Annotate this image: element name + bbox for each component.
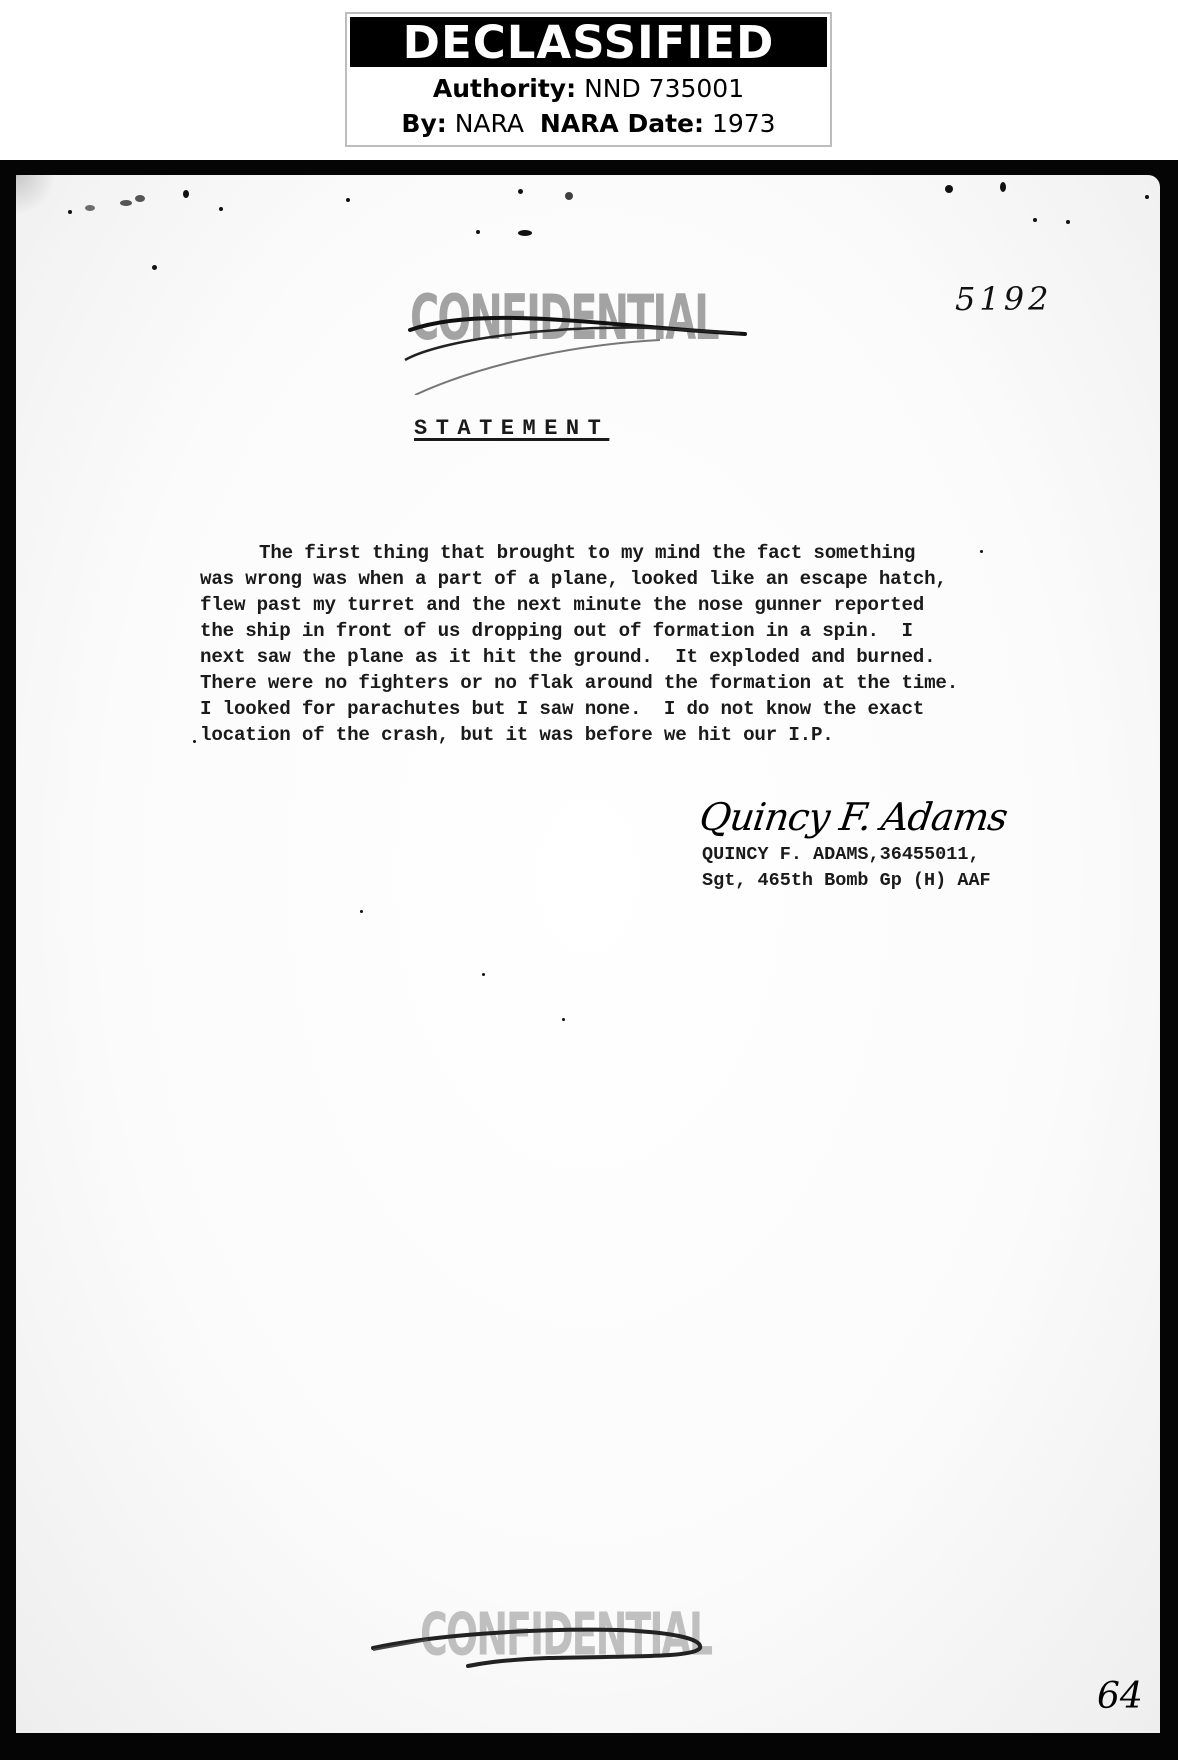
paragraph-line: location of the crash, but it was before… — [200, 722, 1020, 748]
strike-through-top — [400, 300, 760, 395]
strike-through-bottom — [368, 1618, 708, 1678]
signer-name-line: QUINCY F. ADAMS,36455011, — [702, 842, 991, 868]
date-value: 1973 — [712, 109, 776, 138]
handwritten-number: 5192 — [955, 280, 1052, 318]
document-page — [16, 175, 1160, 1733]
by-label: By: — [401, 109, 446, 138]
signature-block: QUINCY F. ADAMS,36455011, Sgt, 465th Bom… — [702, 842, 991, 894]
paragraph-line: was wrong was when a part of a plane, lo… — [200, 566, 1020, 592]
paragraph-line: the ship in front of us dropping out of … — [200, 618, 1020, 644]
declassified-title: DECLASSIFIED — [350, 17, 827, 67]
by-date-line: By: NARA NARA Date: 1973 — [347, 109, 830, 138]
paragraph-line: There were no fighters or no flak around… — [200, 670, 1020, 696]
handwritten-signature: Quincy F. Adams — [697, 795, 1010, 839]
signer-unit-line: Sgt, 465th Bomb Gp (H) AAF — [702, 868, 991, 894]
authority-line: Authority: NND 735001 — [347, 74, 830, 103]
document-title: STATEMENT — [414, 416, 609, 441]
authority-label: Authority: — [433, 74, 576, 103]
by-value: NARA — [455, 109, 524, 138]
paragraph-line: The first thing that brought to my mind … — [200, 540, 1020, 566]
page-number: 64 — [1097, 1676, 1143, 1717]
paragraph-line: next saw the plane as it hit the ground.… — [200, 644, 1020, 670]
date-label: NARA Date: — [540, 109, 704, 138]
declassified-stamp: DECLASSIFIED Authority: NND 735001 By: N… — [345, 12, 832, 147]
paragraph-line: I looked for parachutes but I saw none. … — [200, 696, 1020, 722]
statement-paragraph: The first thing that brought to my mind … — [200, 540, 1020, 748]
paragraph-line: flew past my turret and the next minute … — [200, 592, 1020, 618]
authority-value: NND 735001 — [584, 74, 744, 103]
